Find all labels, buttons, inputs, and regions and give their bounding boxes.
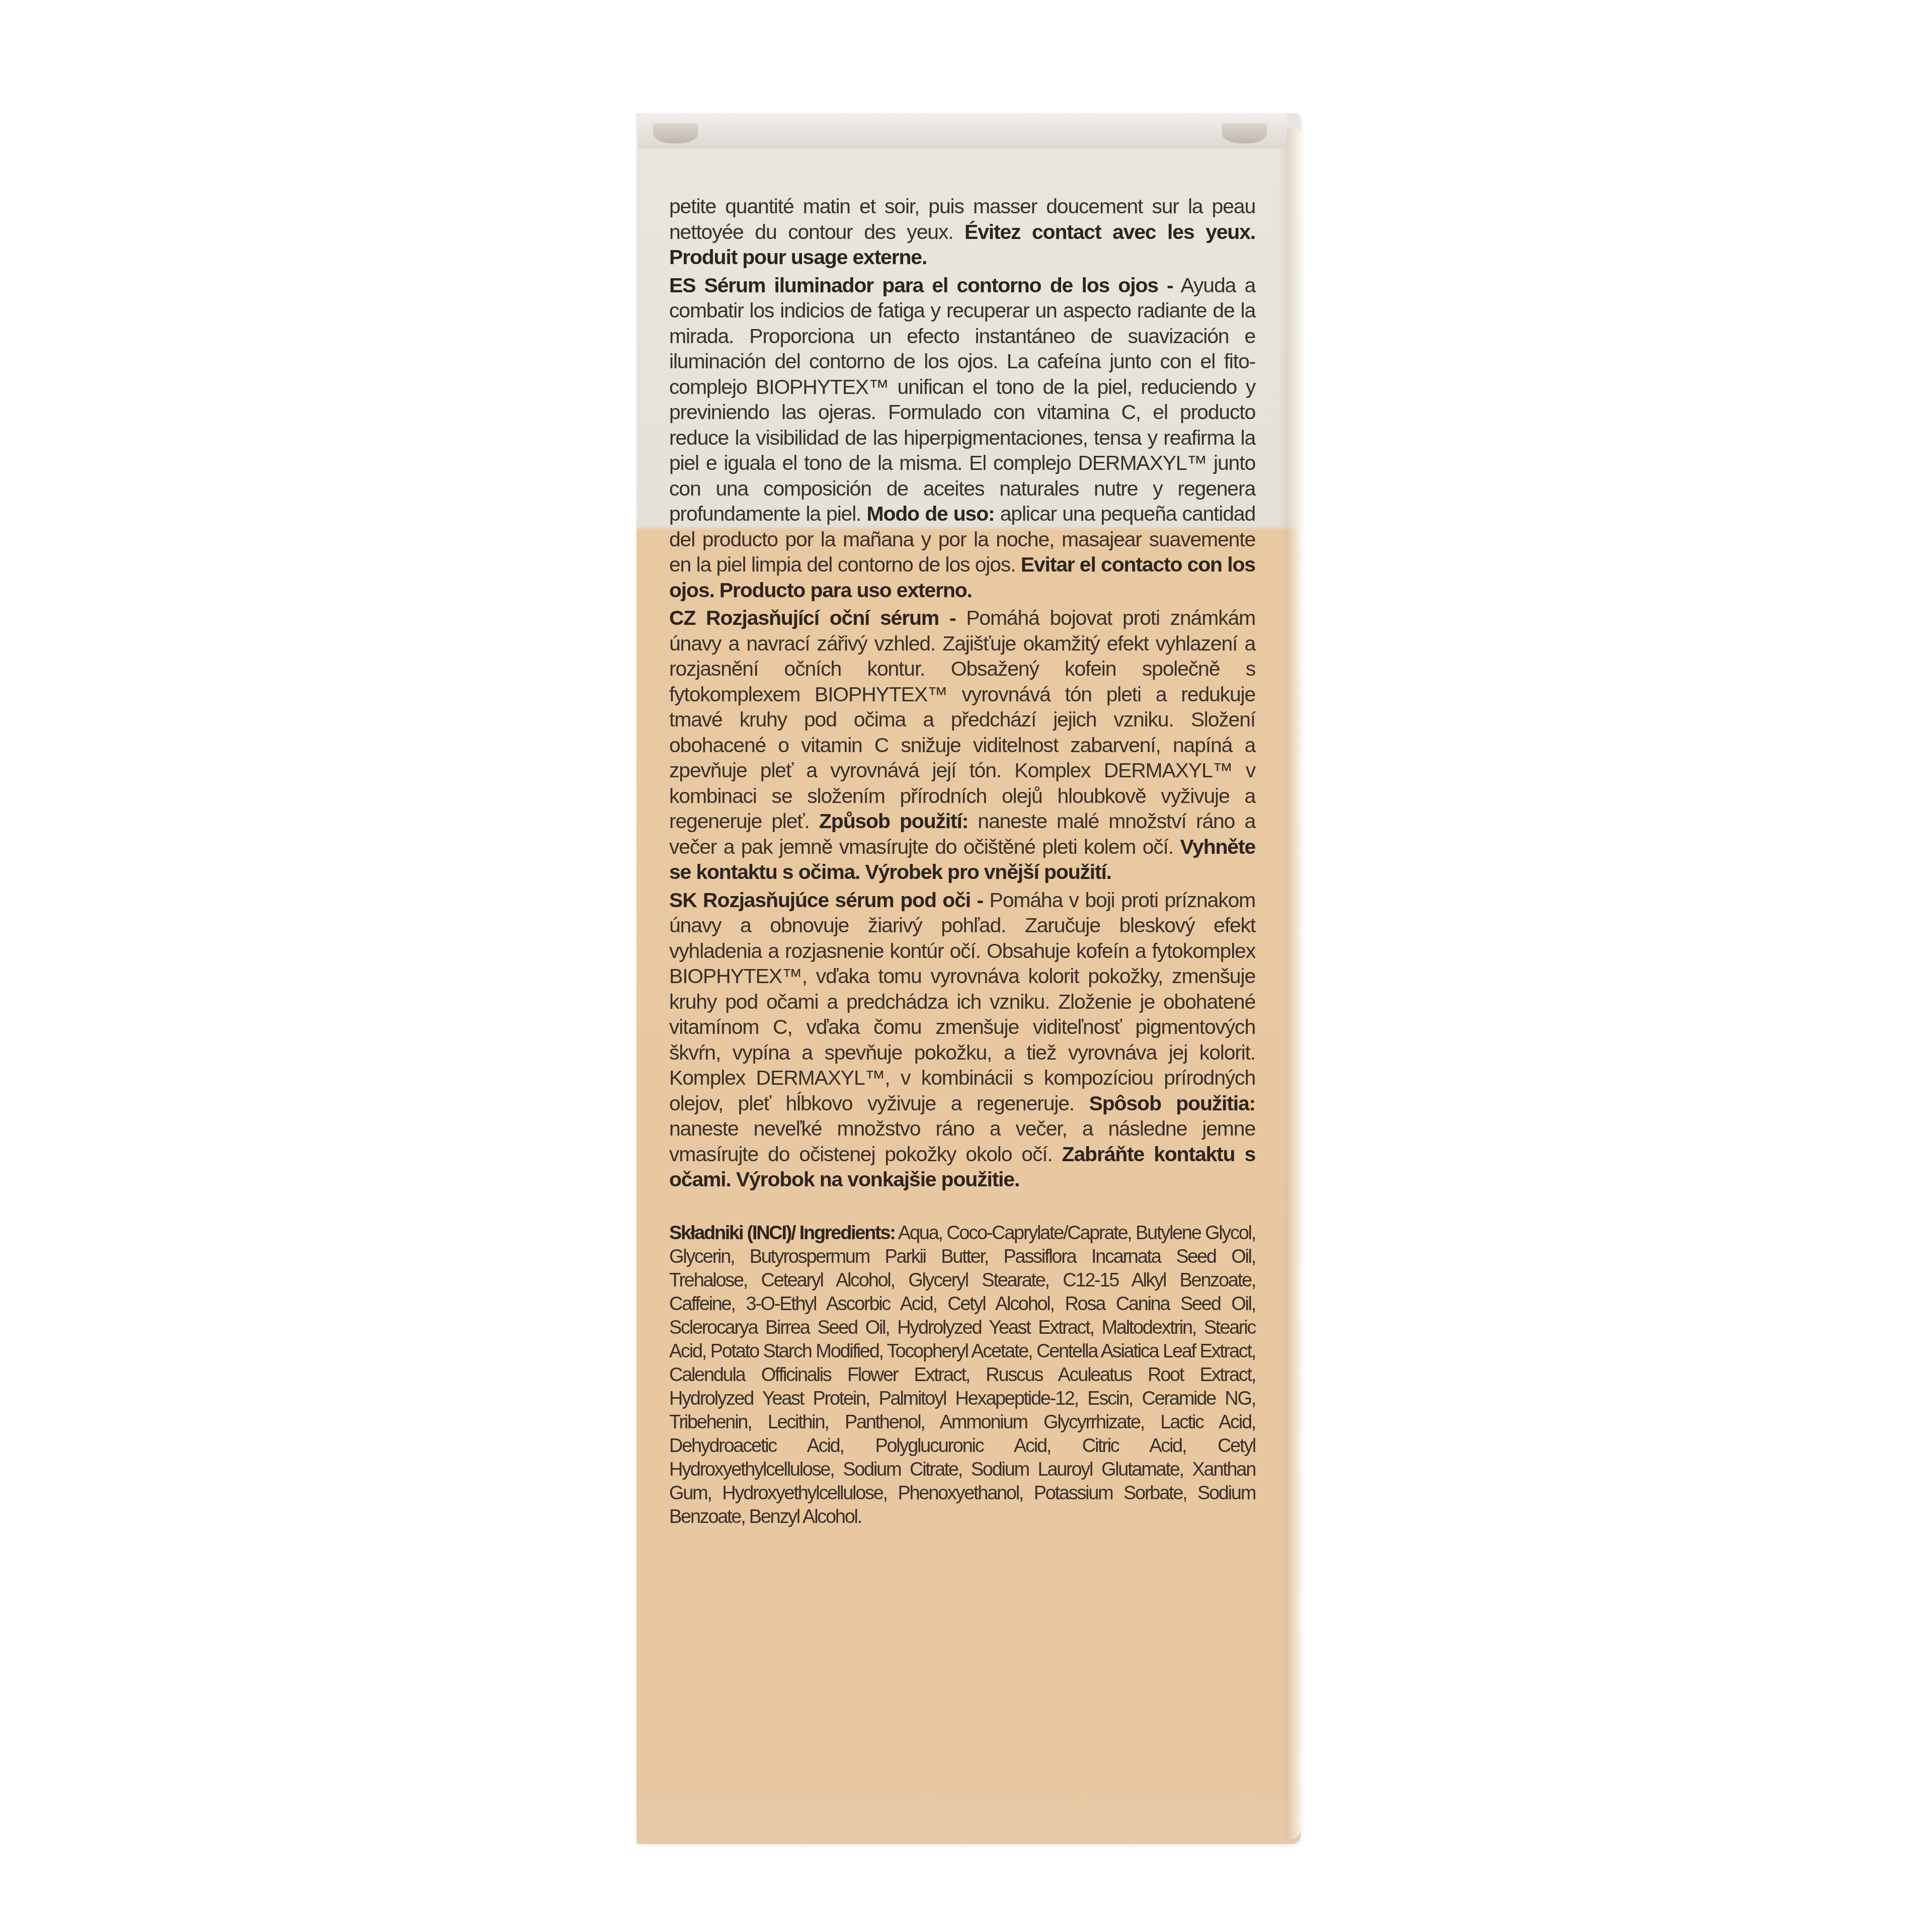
cz-body: Pomáhá bojovat proti známkám únavy a nav… xyxy=(669,606,1255,833)
sk-section: SK Rozjasňujúce sérum pod oči - Pomáha v… xyxy=(669,888,1255,1192)
flap-notch-right xyxy=(1222,123,1267,143)
ingredients-section: Składniki (INCI)/ Ingredients: Aqua, Coc… xyxy=(669,1222,1255,1529)
es-usage-label: Modo de uso: xyxy=(866,502,994,525)
cz-title: CZ Rozjasňující oční sérum - xyxy=(669,606,955,629)
sk-body: Pomáha v boji proti príznakom únavy a ob… xyxy=(669,889,1255,1115)
label-text-panel: petite quantité matin et soir, puis mass… xyxy=(669,194,1255,1532)
es-title: ES Sérum iluminador para el contorno de … xyxy=(669,274,1173,297)
sk-usage-label: Spôsob použitia: xyxy=(1089,1092,1255,1115)
ingredients-list: Aqua, Coco-Caprylate/Caprate, Butylene G… xyxy=(669,1223,1255,1527)
fr-section: petite quantité matin et soir, puis mass… xyxy=(669,194,1255,270)
flap-notch-left xyxy=(653,123,698,143)
cz-usage-label: Způsob použití: xyxy=(819,810,968,833)
es-section: ES Sérum iluminador para el contorno de … xyxy=(669,273,1255,603)
es-body: Ayuda a combatir los indicios de fatiga … xyxy=(669,274,1255,526)
box-top-flap xyxy=(638,113,1287,148)
cz-section: CZ Rozjasňující oční sérum - Pomáhá bojo… xyxy=(669,605,1255,885)
sk-title: SK Rozjasňujúce sérum pod oči - xyxy=(669,889,983,912)
ingredients-label: Składniki (INCI)/ Ingredients: xyxy=(669,1223,895,1244)
